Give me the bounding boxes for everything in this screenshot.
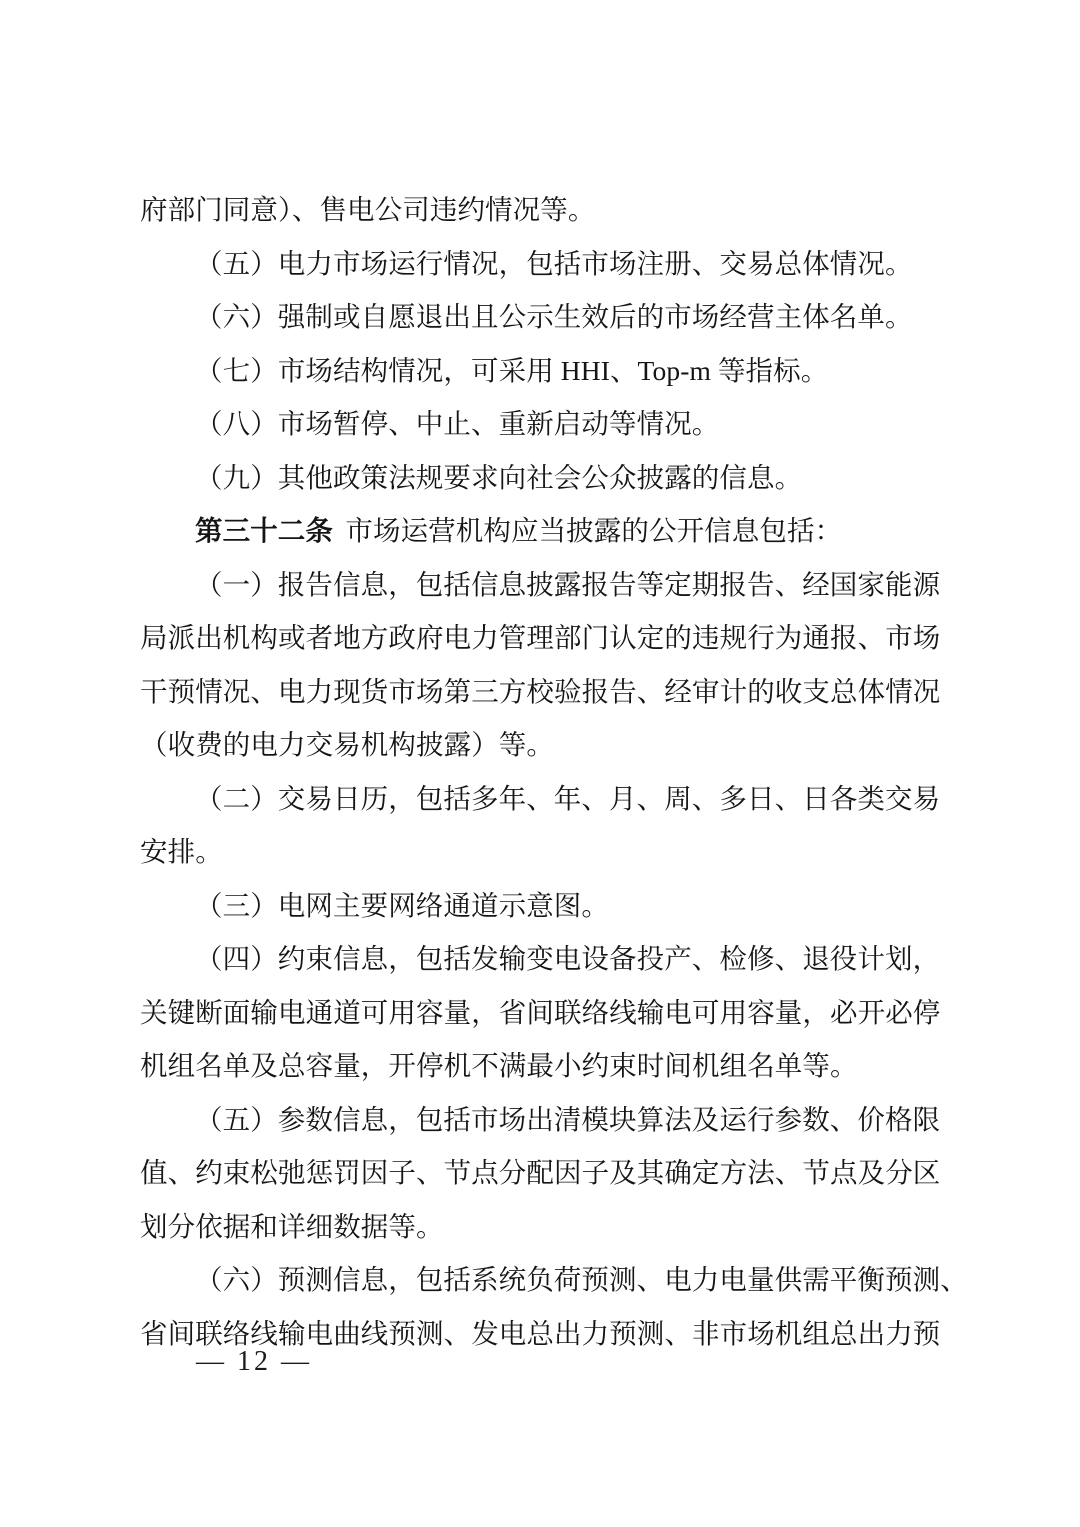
text-line: （二）交易日历，包括多年、年、月、周、多日、日各类交易 [140,772,942,826]
document-body: 府部门同意）、售电公司违约情况等。 （五）电力市场运行情况，包括市场注册、交易总… [140,183,942,1360]
document-page: 府部门同意）、售电公司违约情况等。 （五）电力市场运行情况，包括市场注册、交易总… [0,0,1080,1527]
text-line: （五）电力市场运行情况，包括市场注册、交易总体情况。 [140,237,942,291]
text-line: （收费的电力交易机构披露）等。 [140,718,942,772]
text-line: （三）电网主要网络通道示意图。 [140,879,942,933]
text-line: （六）强制或自愿退出且公示生效后的市场经营主体名单。 [140,290,942,344]
text-line: 府部门同意）、售电公司违约情况等。 [140,183,942,237]
text-line: 干预情况、电力现货市场第三方校验报告、经审计的收支总体情况 [140,665,942,719]
article-text: 市场运营机构应当披露的公开信息包括： [345,515,842,546]
text-line: （一）报告信息，包括信息披露报告等定期报告、经国家能源 [140,558,942,612]
text-line: 关键断面输电通道可用容量，省间联络线输电可用容量，必开必停 [140,986,942,1040]
page-number: — 12 — [196,1340,312,1384]
text-line: （四）约束信息，包括发输变电设备投产、检修、退役计划， [140,932,942,986]
text-line: （六）预测信息，包括系统负荷预测、电力电量供需平衡预测、 [140,1253,942,1307]
text-line: （七）市场结构情况，可采用 HHI、Top-m 等指标。 [140,344,942,398]
text-line: 局派出机构或者地方政府电力管理部门认定的违规行为通报、市场 [140,611,942,665]
text-line: 机组名单及总容量，开停机不满最小约束时间机组名单等。 [140,1039,942,1093]
text-line: 安排。 [140,825,942,879]
article-heading-line: 第三十二条市场运营机构应当披露的公开信息包括： [140,504,942,558]
text-line: （八）市场暂停、中止、重新启动等情况。 [140,397,942,451]
text-line: （五）参数信息，包括市场出清模块算法及运行参数、价格限 [140,1093,942,1147]
text-line: （九）其他政策法规要求向社会公众披露的信息。 [140,451,942,505]
article-number: 第三十二条 [195,515,333,546]
text-line: 值、约束松弛惩罚因子、节点分配因子及其确定方法、节点及分区 [140,1146,942,1200]
text-line: 划分依据和详细数据等。 [140,1200,942,1254]
